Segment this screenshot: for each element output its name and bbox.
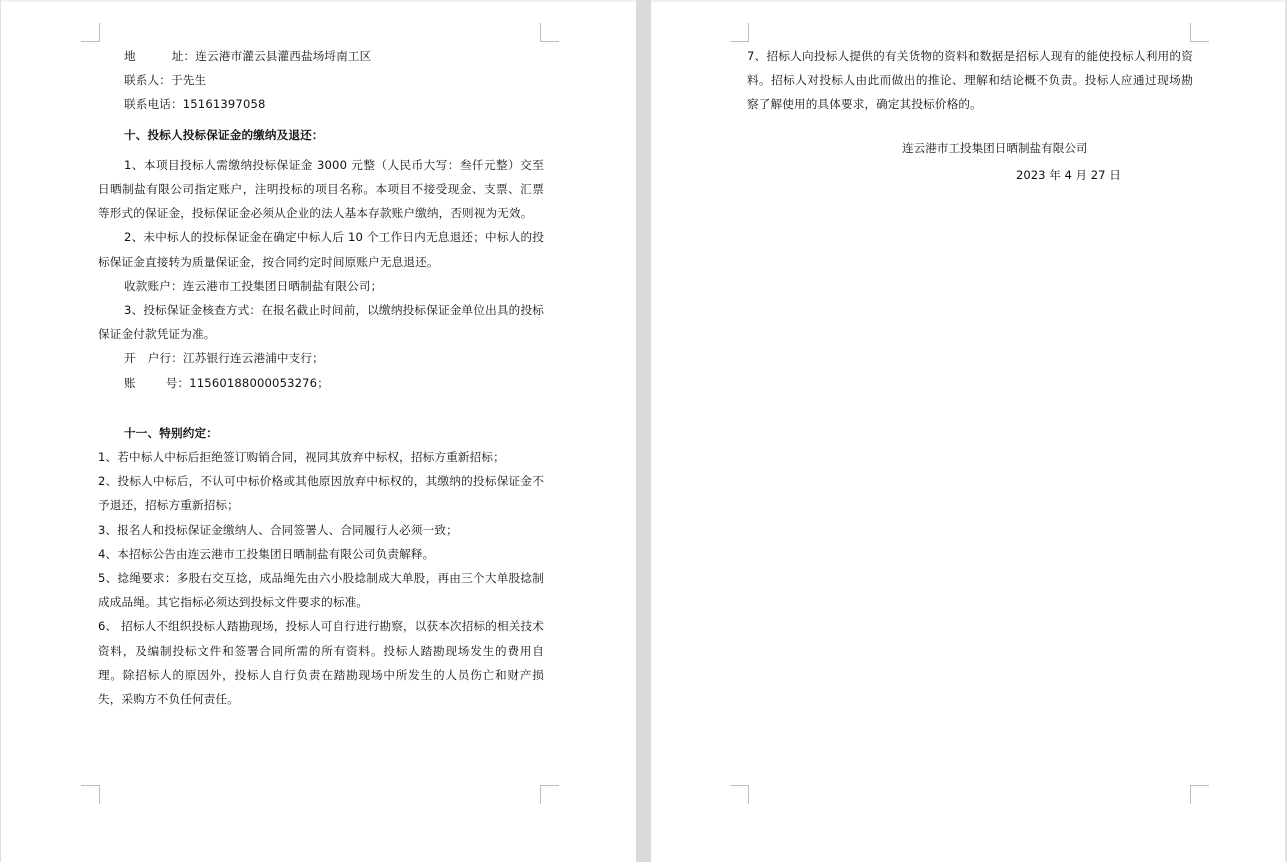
- account-label: 账: [124, 376, 136, 390]
- contact-person-value: 于先生: [171, 73, 206, 87]
- bank-line: 开户行：江苏银行连云港浦中支行；: [98, 346, 544, 370]
- margin-corner-mark: [730, 23, 749, 42]
- account-label-suffix: 号：: [166, 376, 190, 390]
- contact-person-line: 联系人：于先生: [98, 68, 544, 92]
- page-2-body: 7、招标人向投标人提供的有关货物的资料和数据是招标人现有的能使投标人利用的资料。…: [747, 44, 1193, 117]
- address-label-suffix: 址：: [172, 49, 196, 63]
- margin-corner-mark: [540, 785, 559, 804]
- page-top-edge: [1, 0, 636, 2]
- address-line: 地址：连云港市灌云县灌西盐场埒南工区: [98, 44, 544, 68]
- special-term-3: 3、报名人和投标保证金缴纳人、合同签署人、合同履行人必须一致；: [98, 518, 544, 542]
- section-11-heading: 十一、特别约定：: [98, 421, 544, 445]
- margin-corner-mark: [1190, 785, 1209, 804]
- signature-company: 连云港市工投集团日晒制盐有限公司: [902, 136, 1088, 160]
- bank-value: 江苏银行连云港浦中支行；: [183, 351, 324, 365]
- special-term-7: 7、招标人向投标人提供的有关货物的资料和数据是招标人现有的能使投标人利用的资料。…: [747, 44, 1193, 117]
- special-term-2: 2、投标人中标后，不认可中标价格或其他原因放弃中标权的，其缴纳的投标保证金不予退…: [98, 469, 544, 517]
- contact-phone-value: 15161397058: [183, 97, 266, 111]
- account-number-line: 账号：11560188000053276；: [98, 371, 544, 395]
- margin-corner-mark: [540, 23, 559, 42]
- document-page-1: 地址：连云港市灌云县灌西盐场埒南工区 联系人：于先生 联系电话：15161397…: [0, 0, 636, 862]
- section-10-heading: 十、投标人投标保证金的缴纳及退还：: [98, 123, 544, 147]
- account-number-value: 11560188000053276；: [189, 376, 329, 390]
- special-term-4: 4、本招标公告由连云港市工投集团日晒制盐有限公司负责解释。: [98, 542, 544, 566]
- page-top-edge: [651, 0, 1285, 2]
- margin-corner-mark: [81, 785, 100, 804]
- section-10-para-1: 1、本项目投标人需缴纳投标保证金 3000 元整（人民币大写：叁仟元整）交至日晒…: [98, 153, 544, 226]
- section-10-para-2: 2、未中标人的投标保证金在确定中标人后 10 个工作日内无息退还；中标人的投标保…: [98, 225, 544, 273]
- special-term-1: 1、若中标人中标后拒绝签订购销合同，视同其放弃中标权，招标方重新招标；: [98, 445, 544, 469]
- special-term-5: 5、捻绳要求：多股右交互捻，成品绳先由六小股捻制成大单股，再由三个大单股捻制成成…: [98, 566, 544, 614]
- margin-corner-mark: [1190, 23, 1209, 42]
- bank-label: 开: [124, 351, 136, 365]
- bank-label-suffix: 户行：: [148, 351, 183, 365]
- margin-corner-mark: [81, 23, 100, 42]
- page-1-body: 地址：连云港市灌云县灌西盐场埒南工区 联系人：于先生 联系电话：15161397…: [98, 44, 544, 711]
- contact-phone-label: 联系电话：: [124, 97, 183, 111]
- section-10-para-3: 3、投标保证金核查方式：在报名截止时间前，以缴纳投标保证金单位出具的投标保证金付…: [98, 298, 544, 346]
- address-label: 地: [124, 49, 136, 63]
- address-value: 连云港市灌云县灌西盐场埒南工区: [195, 49, 371, 63]
- signature-date: 2023 年 4 月 27 日: [1016, 163, 1121, 187]
- contact-person-label: 联系人：: [124, 73, 171, 87]
- margin-corner-mark: [730, 785, 749, 804]
- contact-phone-line: 联系电话：15161397058: [98, 92, 544, 116]
- special-term-6: 6、 招标人不组织投标人踏勘现场，投标人可自行进行勘察，以获本次招标的相关技术资…: [98, 614, 544, 711]
- document-page-2: [651, 0, 1287, 862]
- payee-account-line: 收款账户：连云港市工投集团日晒制盐有限公司；: [98, 274, 544, 298]
